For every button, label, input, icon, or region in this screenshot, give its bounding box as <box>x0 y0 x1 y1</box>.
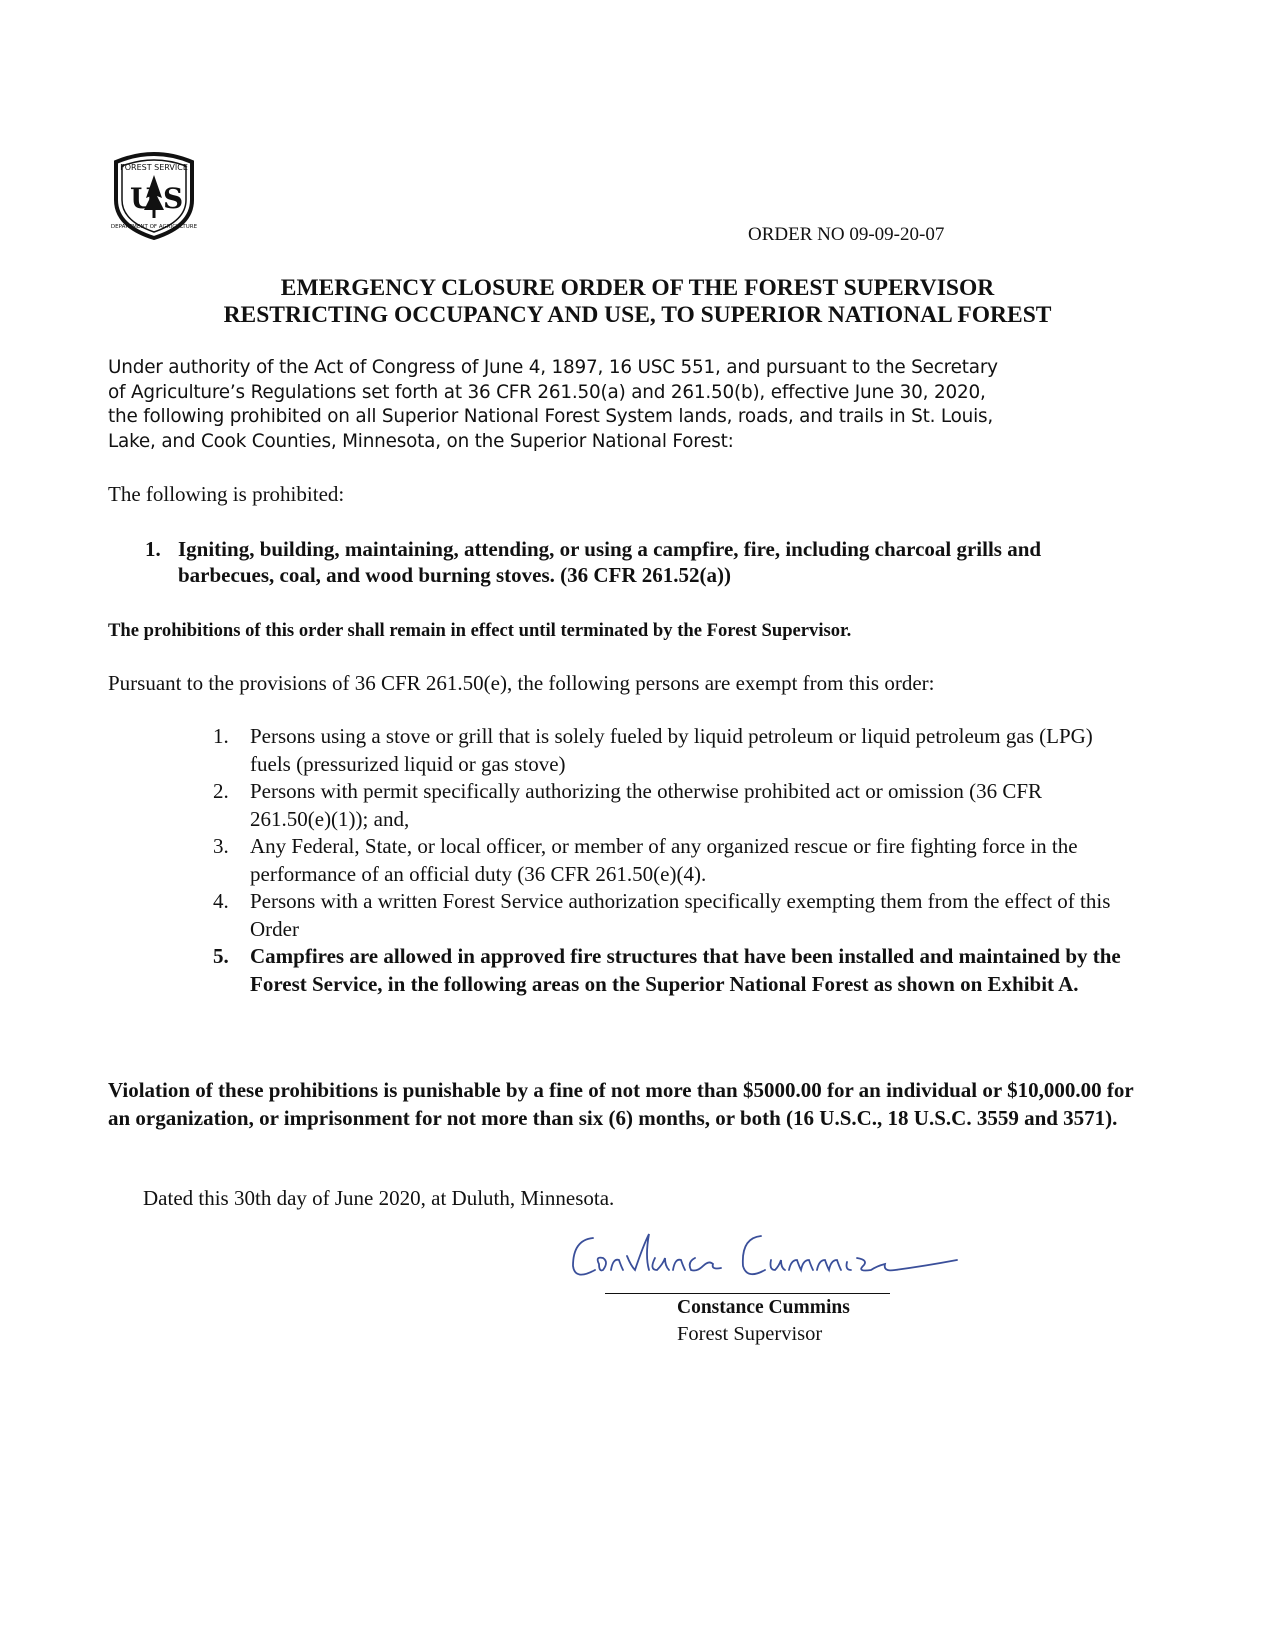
svg-text:DEPARTMENT OF AGRICULTURE: DEPARTMENT OF AGRICULTURE <box>111 224 198 230</box>
prohibition-item: 1. Igniting, building, maintaining, atte… <box>145 536 1085 588</box>
handwritten-signature <box>565 1226 965 1286</box>
prohibition-number: 1. <box>145 536 161 562</box>
violation-penalty-statement: Violation of these prohibitions is punis… <box>108 1076 1138 1132</box>
forest-service-shield-icon: FOREST SERVICE U S DEPARTMENT OF AGRICUL… <box>108 148 200 240</box>
exemption-item: 1. Persons using a stove or grill that i… <box>213 723 1123 778</box>
svg-text:S: S <box>163 182 183 215</box>
exemption-text: Campfires are allowed in approved fire s… <box>250 944 1121 996</box>
signature-line <box>605 1293 890 1294</box>
exemption-text: Persons with a written Forest Service au… <box>250 889 1110 941</box>
exemption-item: 4. Persons with a written Forest Service… <box>213 888 1123 943</box>
title-line-2: RESTRICTING OCCUPANCY AND USE, TO SUPERI… <box>100 302 1175 329</box>
exemption-number: 1. <box>213 723 229 751</box>
title-line-1: EMERGENCY CLOSURE ORDER OF THE FOREST SU… <box>100 275 1175 302</box>
authority-paragraph: Under authority of the Act of Congress o… <box>108 356 1128 454</box>
intro-line: Lake, and Cook Counties, Minnesota, on t… <box>108 430 1128 455</box>
svg-text:FOREST SERVICE: FOREST SERVICE <box>120 163 188 172</box>
forest-service-logo: FOREST SERVICE U S DEPARTMENT OF AGRICUL… <box>108 148 200 240</box>
exemption-text: Persons using a stove or grill that is s… <box>250 724 1093 776</box>
signer-title: Forest Supervisor <box>677 1323 822 1346</box>
remain-in-effect-statement: The prohibitions of this order shall rem… <box>108 620 851 642</box>
exemption-number: 3. <box>213 833 229 861</box>
exemption-number: 4. <box>213 888 229 916</box>
exemption-text: Persons with permit specifically authori… <box>250 779 1042 831</box>
intro-line: Under authority of the Act of Congress o… <box>108 356 1128 381</box>
prohibition-text: Igniting, building, maintaining, attendi… <box>178 536 1085 588</box>
exemptions-lead: Pursuant to the provisions of 36 CFR 261… <box>108 671 934 696</box>
intro-line: of Agriculture’s Regulations set forth a… <box>108 381 1128 406</box>
exemption-number: 2. <box>213 778 229 806</box>
exemption-item: 3. Any Federal, State, or local officer,… <box>213 833 1123 888</box>
exemption-number: 5. <box>213 943 229 971</box>
signer-name: Constance Cummins <box>677 1297 850 1319</box>
document-title: EMERGENCY CLOSURE ORDER OF THE FOREST SU… <box>100 275 1175 329</box>
order-number: ORDER NO 09-09-20-07 <box>748 224 944 246</box>
prohibited-lead: The following is prohibited: <box>108 482 344 507</box>
exemption-item-campfires: 5. Campfires are allowed in approved fir… <box>213 943 1123 998</box>
intro-line: the following prohibited on all Superior… <box>108 405 1128 430</box>
exemptions-list: 1. Persons using a stove or grill that i… <box>213 723 1123 998</box>
dated-line: Dated this 30th day of June 2020, at Dul… <box>143 1186 614 1211</box>
exemption-text: Any Federal, State, or local officer, or… <box>250 834 1078 886</box>
exemption-item: 2. Persons with permit specifically auth… <box>213 778 1123 833</box>
